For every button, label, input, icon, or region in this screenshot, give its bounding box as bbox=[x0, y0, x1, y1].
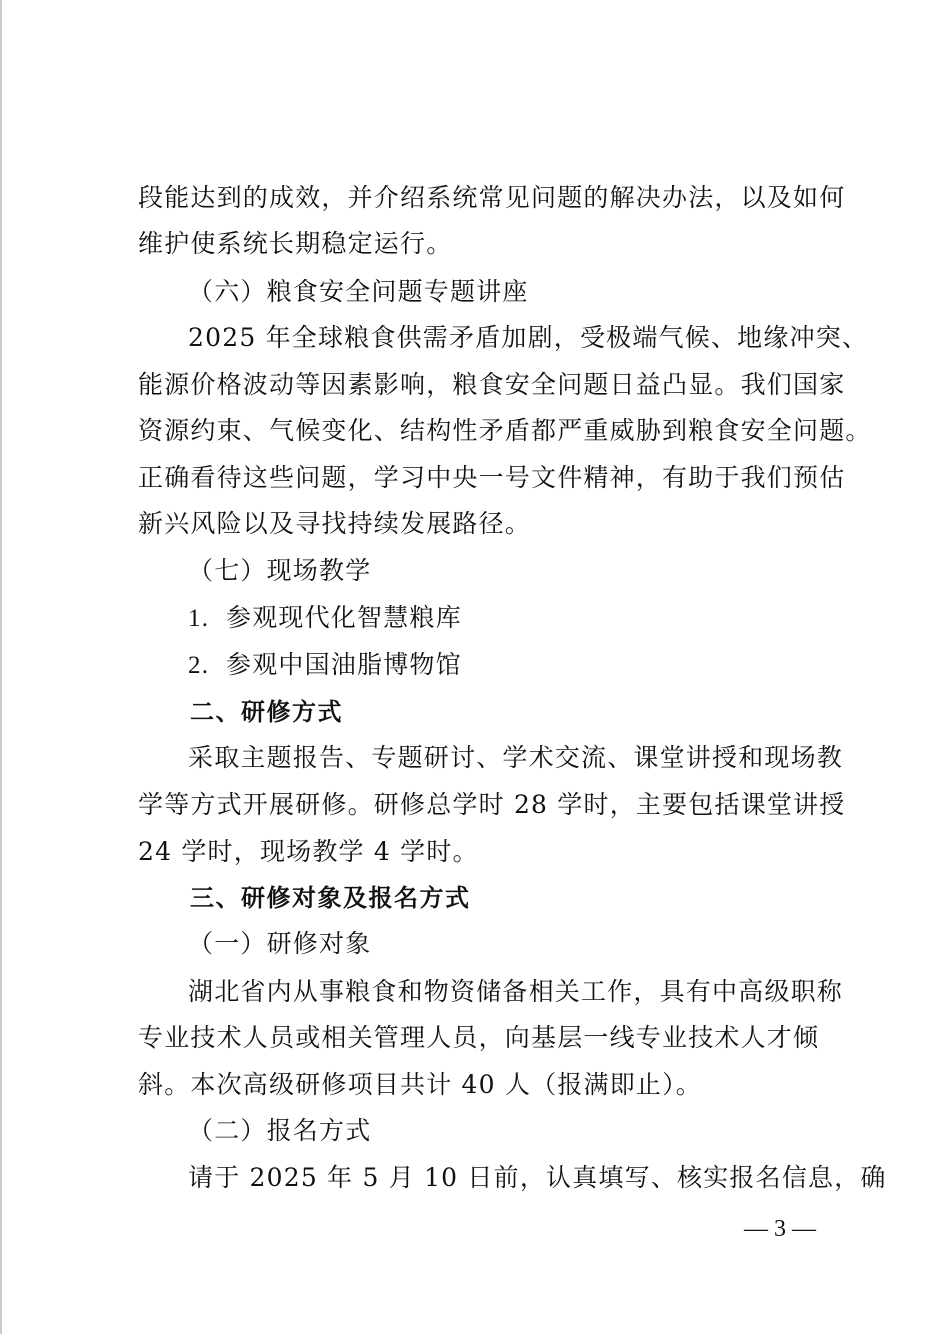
body-text-line: 正确看待这些问题，学习中央一号文件精神，有助于我们预估 bbox=[138, 460, 815, 496]
list-item-text: 参观中国油脂博物馆 bbox=[226, 650, 462, 679]
body-text-line: 能源价格波动等因素影响，粮食安全问题日益凸显。我们国家 bbox=[138, 367, 815, 403]
list-item-text: 参观现代化智慧粮库 bbox=[226, 603, 462, 632]
body-text-line: 请于 2025 年 5 月 10 日前，认真填写、核实报名信息，确 bbox=[188, 1160, 815, 1196]
body-text-line: 维护使系统长期稳定运行。 bbox=[138, 226, 815, 262]
list-item-number: 2. bbox=[188, 648, 226, 684]
subsection-heading-6: （六）粮食安全问题专题讲座 bbox=[188, 274, 865, 310]
section-heading-2: 二、研修方式 bbox=[190, 694, 867, 730]
body-text-line: 段能达到的成效，并介绍系统常见问题的解决办法，以及如何 bbox=[138, 180, 815, 216]
section-heading-3: 三、研修对象及报名方式 bbox=[190, 880, 867, 916]
body-text-line: 学等方式开展研修。研修总学时 28 学时，主要包括课堂讲授 bbox=[138, 787, 815, 823]
document-page: 段能达到的成效，并介绍系统常见问题的解决办法，以及如何 维护使系统长期稳定运行。… bbox=[0, 0, 950, 1334]
body-text-line: 24 学时，现场教学 4 学时。 bbox=[138, 834, 815, 870]
body-text-line: 专业技术人员或相关管理人员，向基层一线专业技术人才倾 bbox=[138, 1020, 815, 1056]
list-item: 2.参观中国油脂博物馆 bbox=[188, 647, 865, 683]
body-text-line: 斜。本次高级研修项目共计 40 人（报满即止）。 bbox=[138, 1067, 815, 1103]
body-text-line: 湖北省内从事粮食和物资储备相关工作，具有中高级职称 bbox=[188, 974, 815, 1010]
list-item: 1.参观现代化智慧粮库 bbox=[188, 600, 865, 636]
subsection-heading-3-2: （二）报名方式 bbox=[188, 1113, 865, 1149]
subsection-heading-7: （七）现场教学 bbox=[188, 553, 865, 589]
body-text-line: 采取主题报告、专题研讨、学术交流、课堂讲授和现场教 bbox=[188, 740, 815, 776]
list-item-number: 1. bbox=[188, 601, 226, 637]
body-text-line: 2025 年全球粮食供需矛盾加剧，受极端气候、地缘冲突、 bbox=[188, 320, 815, 356]
page-number: — 3 — bbox=[738, 1212, 816, 1246]
body-text-line: 资源约束、气候变化、结构性矛盾都严重威胁到粮食安全问题。 bbox=[138, 413, 815, 449]
subsection-heading-3-1: （一）研修对象 bbox=[188, 926, 865, 962]
body-text-line: 新兴风险以及寻找持续发展路径。 bbox=[138, 506, 815, 542]
